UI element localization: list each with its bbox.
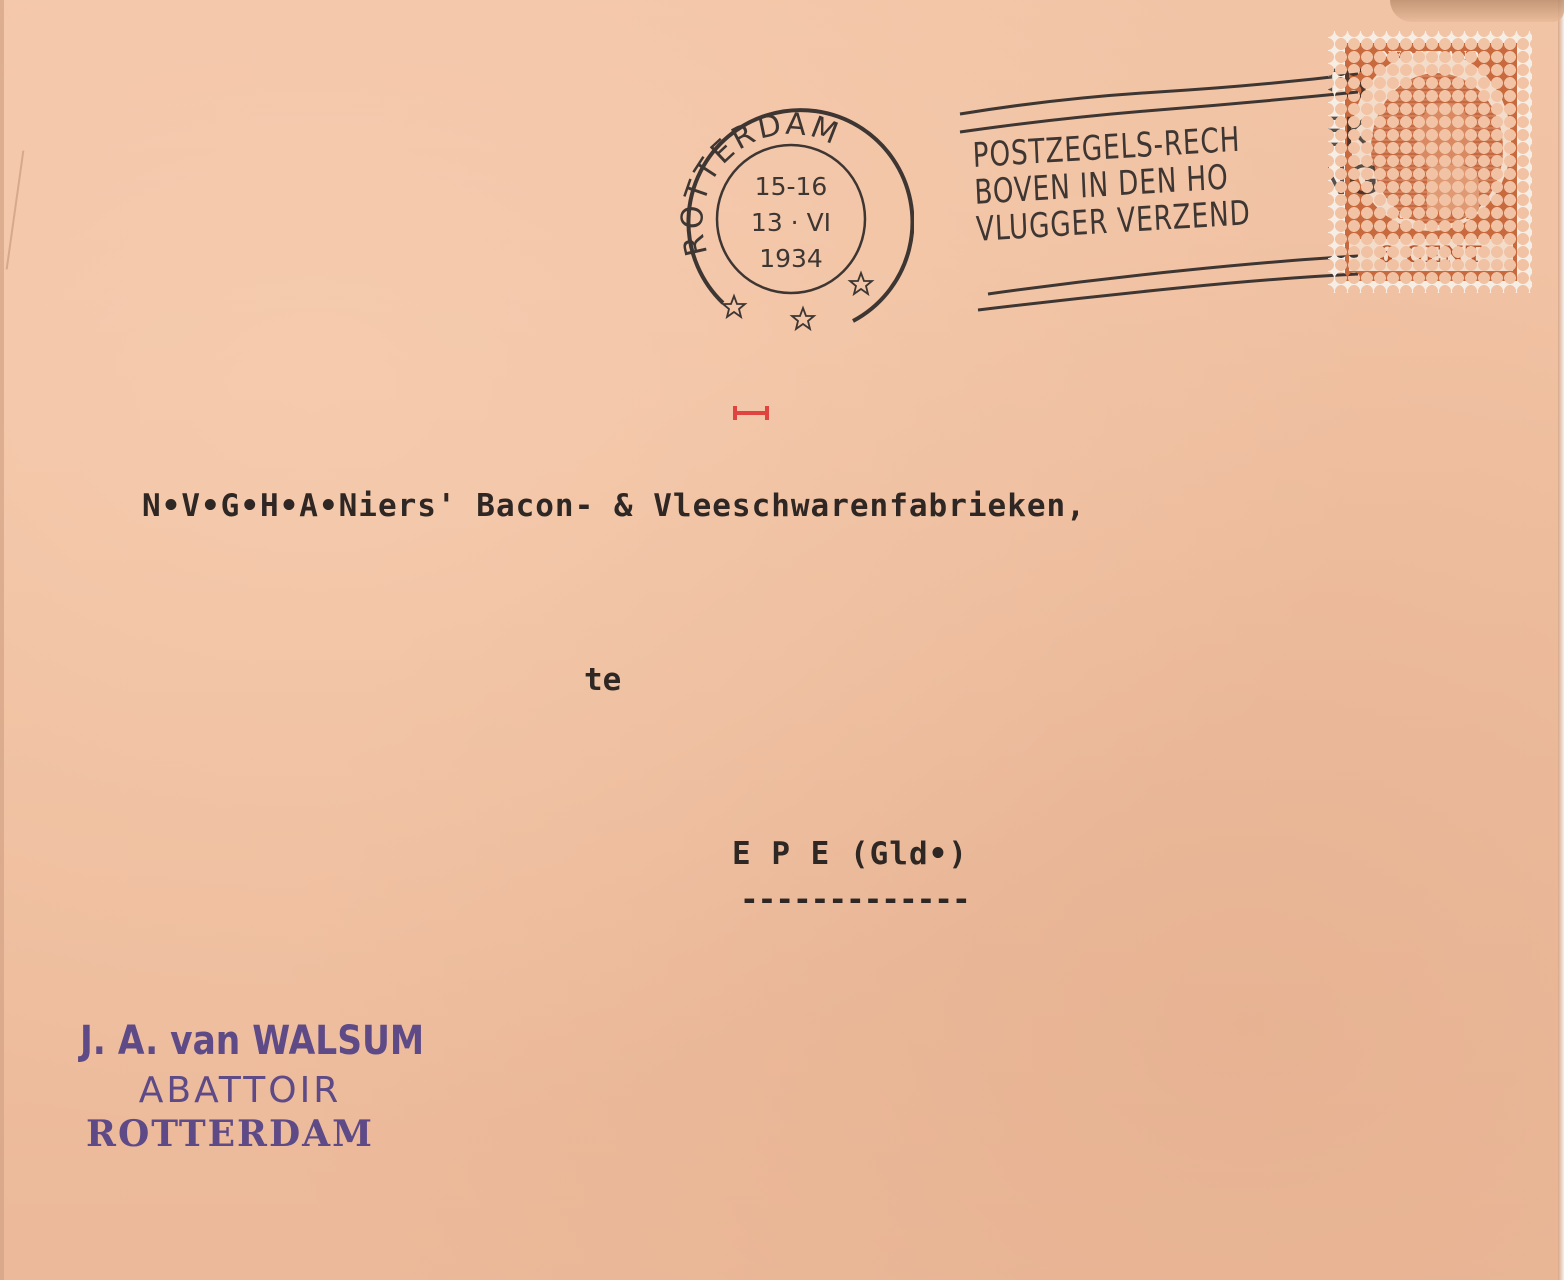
postmark-date: 13 · VI: [751, 208, 831, 237]
recipient-preposition: te: [584, 662, 621, 698]
overprint-2: EK: [1318, 109, 1379, 157]
sender-city: ROTTERDAM: [20, 1113, 440, 1155]
envelope: ROTTERDAM 15-16 13 · VI 1934 POSTZEGELS-…: [0, 0, 1564, 1280]
sender-stamp: J. A. van WALSUM ABATTOIR ROTTERDAM: [80, 1018, 440, 1155]
stamp-cancel-overprint: TS EK NG: [1318, 61, 1379, 205]
red-mark-icon: [733, 406, 769, 420]
star-icon: [723, 273, 872, 329]
town-underline: -------------: [740, 882, 970, 918]
envelope-left-edge: [0, 0, 4, 1280]
postage-stamp: NEDERLAND POSTZEGEL 6 CENT TS EK NG: [1328, 31, 1532, 293]
overprint-3: NG: [1318, 157, 1379, 205]
recipient-name: N•V•G•H•A•Niers' Bacon- & Vleeschwarenfa…: [142, 488, 1086, 524]
slogan-text: POSTZEGELS-RECH BOVEN IN DEN HO VLUGGER …: [972, 121, 1251, 249]
postmark-year: 1934: [759, 244, 823, 273]
rotterdam-postmark: ROTTERDAM 15-16 13 · VI 1934: [668, 103, 914, 339]
paper-crease: [6, 150, 25, 269]
envelope-right-edge: [1558, 0, 1564, 1280]
portrait-head: [1417, 103, 1473, 173]
slogan-cancel: POSTZEGELS-RECH BOVEN IN DEN HO VLUGGER …: [958, 66, 1358, 316]
portrait-neck: [1427, 165, 1479, 213]
overprint-1: TS: [1318, 61, 1379, 109]
sender-business: ABATTOIR: [40, 1070, 440, 1111]
recipient-town: E P E (Gld•): [732, 836, 968, 872]
postmark-circle-icon: ROTTERDAM 15-16 13 · VI 1934: [668, 103, 914, 339]
stamp-inscription: POSTZEGEL: [1345, 211, 1517, 222]
stamp-value: 6 CENT: [1349, 239, 1513, 271]
torn-corner: [1390, 0, 1564, 22]
queen-portrait-icon: [1371, 73, 1503, 225]
postmark-time: 15-16: [755, 172, 828, 201]
sender-name: J. A. van WALSUM: [80, 1018, 390, 1064]
